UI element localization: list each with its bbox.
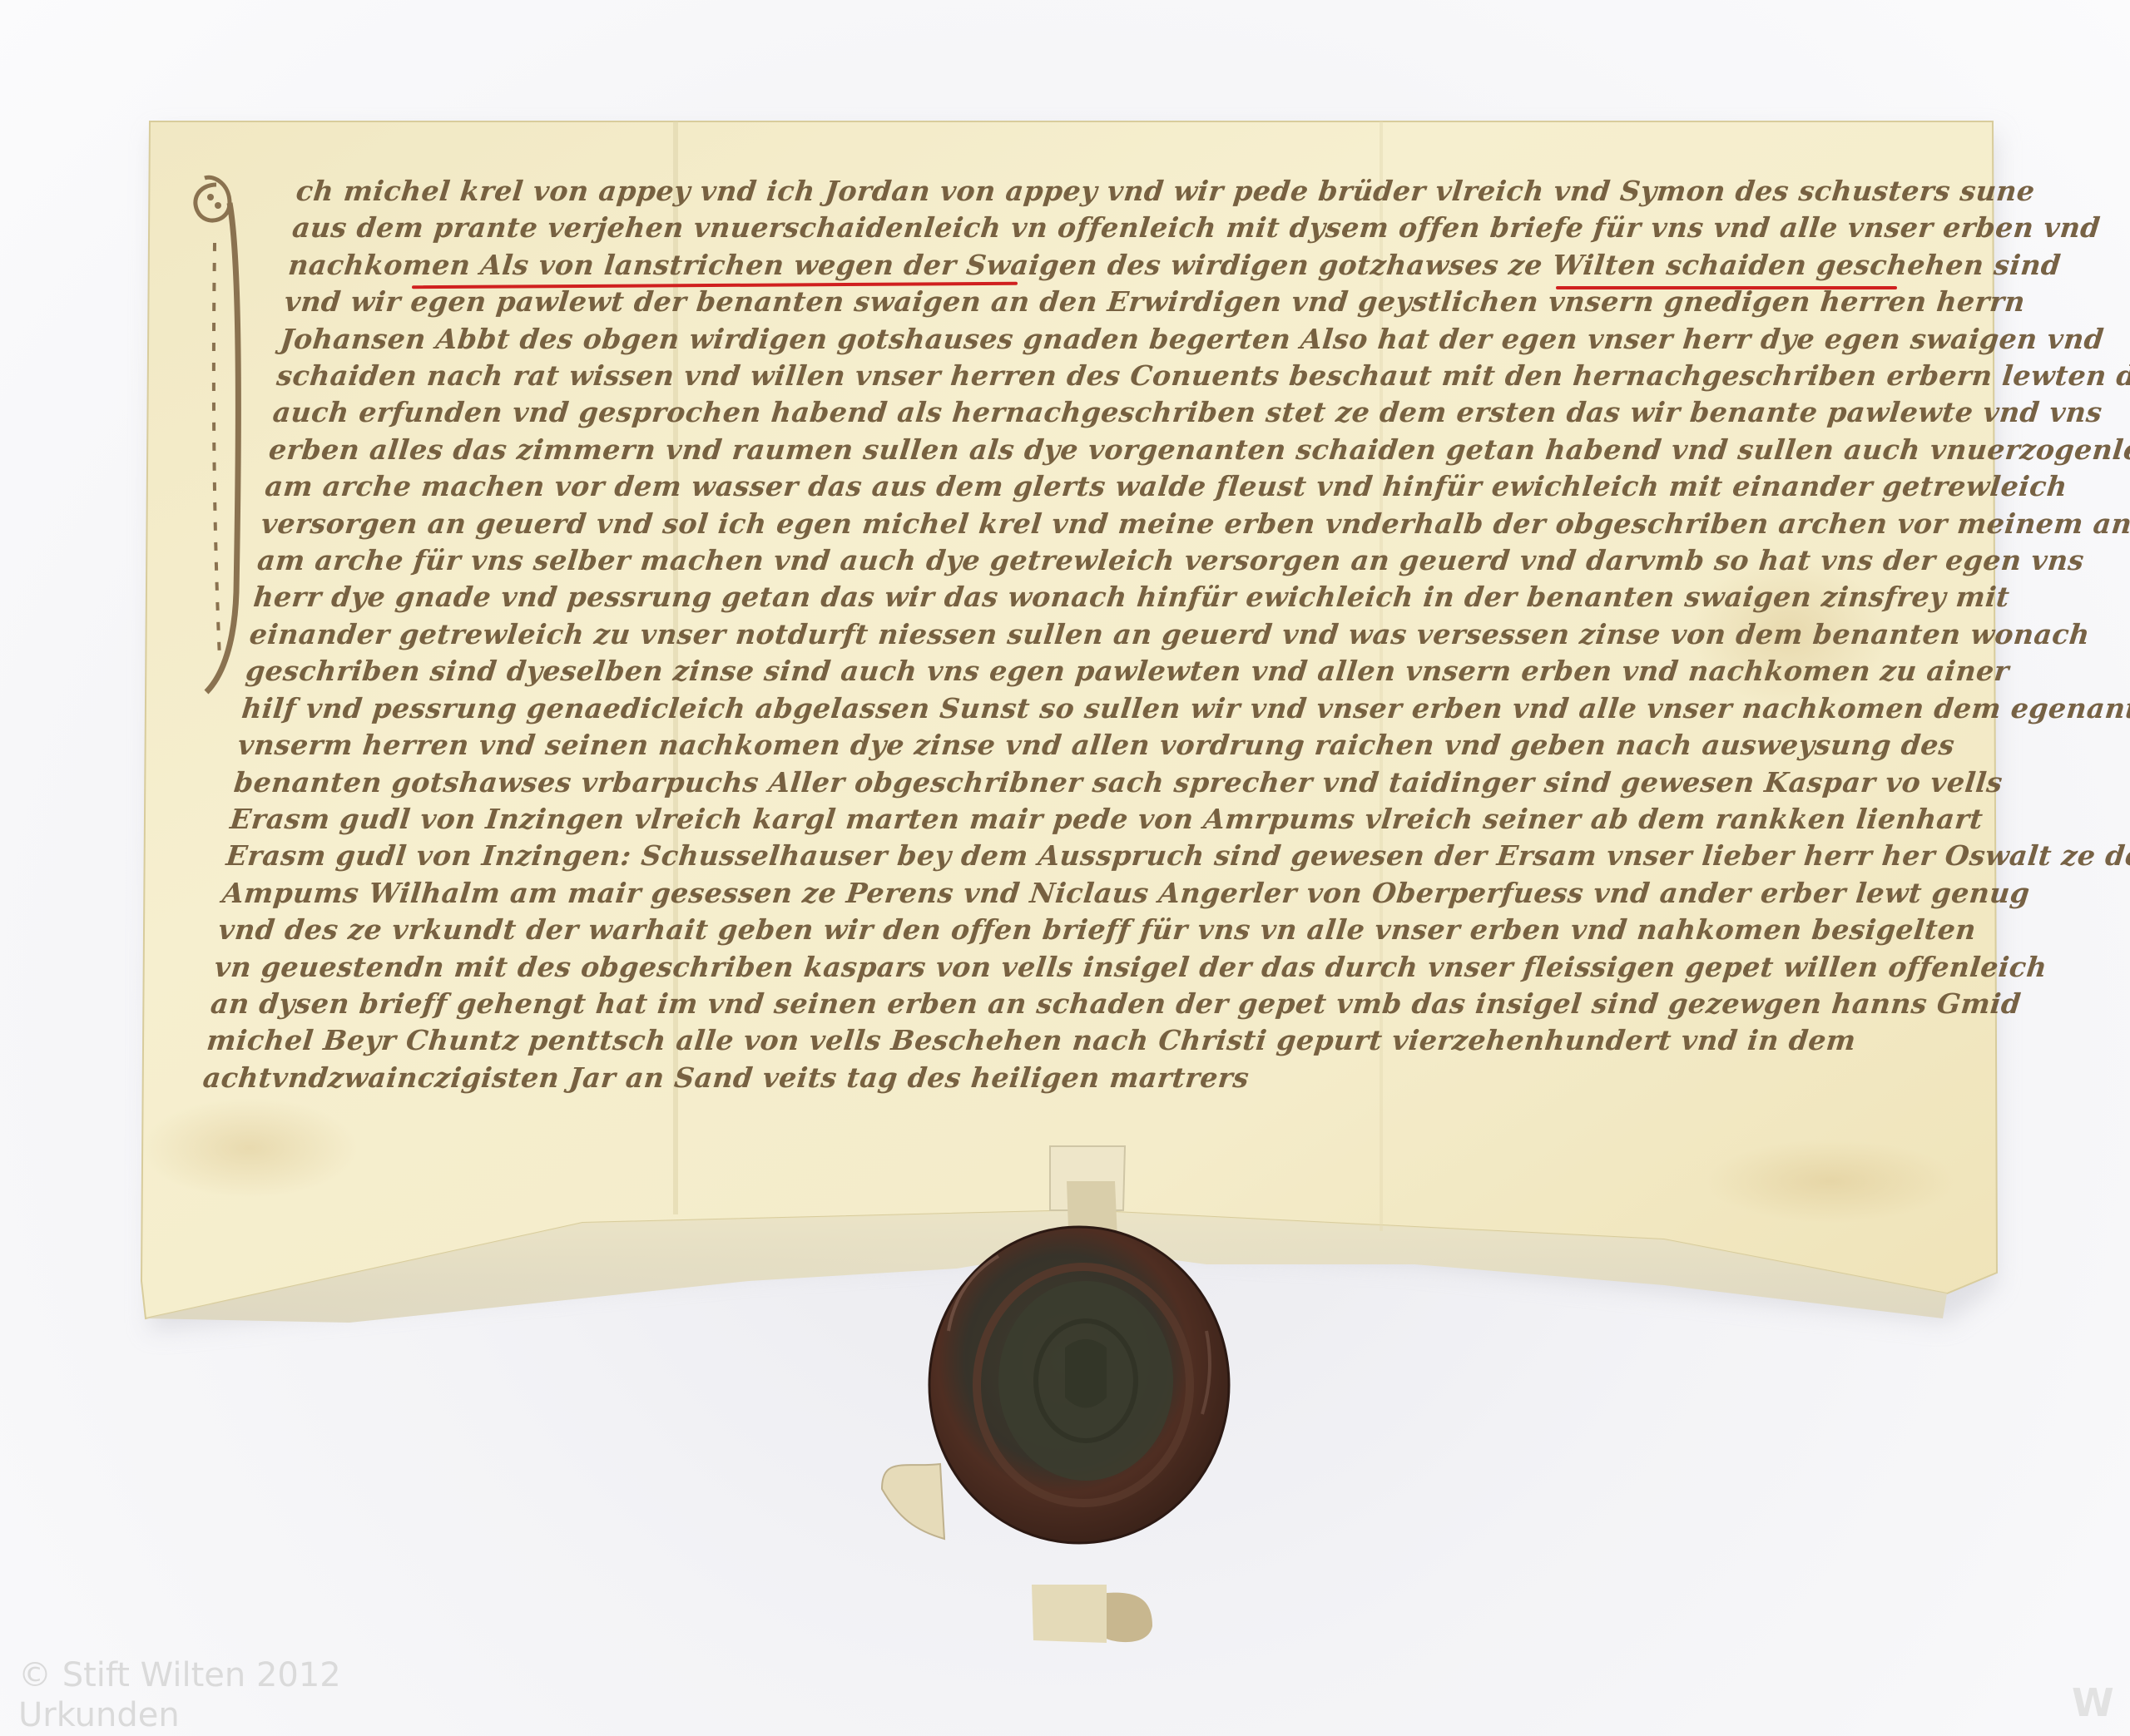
text-line-2: aus dem prante verjehen vnuerschaidenlei… <box>290 210 2009 246</box>
corner-watermark: W <box>2072 1680 2114 1725</box>
text-line-24: michel Beyr Chuntz penttsch alle von vel… <box>205 1022 1923 1059</box>
text-line-1: ch michel krel von appey vnd ich Jordan … <box>295 173 2013 210</box>
charter-text: ch michel krel von appey vnd ich Jordan … <box>201 173 2013 1096</box>
watermark-line-1: © Stift Wilten 2012 <box>18 1655 341 1695</box>
text-line-18: Erasm gudl von Inzingen vlreich kargl ma… <box>228 801 1946 838</box>
text-line-21: vnd des ze vrkundt der warhait geben wir… <box>216 912 1934 948</box>
decorated-initial-icon <box>181 160 256 700</box>
copyright-watermark: © Stift Wilten 2012 Urkunden <box>18 1655 341 1735</box>
seal-strip-left-curl <box>882 1464 944 1539</box>
text-line-13: einander getrewleich zu vnser notdurft n… <box>248 616 1966 653</box>
text-line-10: versorgen an geuerd vnd sol ich egen mic… <box>260 506 1978 542</box>
scan-stage: ch michel krel von appey vnd ich Jordan … <box>0 0 2130 1736</box>
text-line-23: an dysen brieff gehengt hat im vnd seine… <box>209 986 1927 1022</box>
text-line-12: herr dye gnade vnd pessrung getan das wi… <box>251 579 1969 616</box>
red-underline-2 <box>1556 286 1897 289</box>
text-line-5: Johansen Abbt des obgen wirdigen gotshau… <box>279 321 1997 358</box>
wax-seal <box>929 1227 1229 1543</box>
text-line-6: schaiden nach rat wissen vnd willen vnse… <box>275 358 1993 394</box>
text-line-19: Erasm gudl von Inzingen: Schusselhauser … <box>225 838 1943 874</box>
text-line-16: vnserm herren vnd seinen nachkomen dye z… <box>236 727 1954 764</box>
text-line-20: Ampums Wilhalm am mair gesessen ze Peren… <box>220 875 1939 912</box>
text-line-7: auch erfunden vnd gesprochen habend als … <box>271 394 1989 431</box>
text-line-17: benanten gotshawses vrbarpuchs Aller obg… <box>232 764 1950 801</box>
seal-strip-bottom-curl <box>1032 1585 1107 1643</box>
watermark-line-2: Urkunden <box>18 1695 341 1735</box>
text-line-3: nachkomen Als von lanstrichen wegen der … <box>286 247 2004 284</box>
text-line-14: geschriben sind dyeselben zinse sind auc… <box>244 653 1962 690</box>
text-line-9: am arche machen vor dem wasser das aus d… <box>263 468 1981 505</box>
text-line-11: am arche für vns selber machen vnd auch … <box>255 542 1974 579</box>
text-line-15: hilf vnd pessrung genaedicleich abgelass… <box>240 690 1958 727</box>
text-line-8: erben alles das zimmern vnd raumen sulle… <box>267 432 1985 468</box>
text-line-25: achtvndzwainczigisten Jar an Sand veits … <box>201 1060 1919 1096</box>
text-line-22: vn geuestendn mit des obgeschriben kaspa… <box>213 949 1931 986</box>
